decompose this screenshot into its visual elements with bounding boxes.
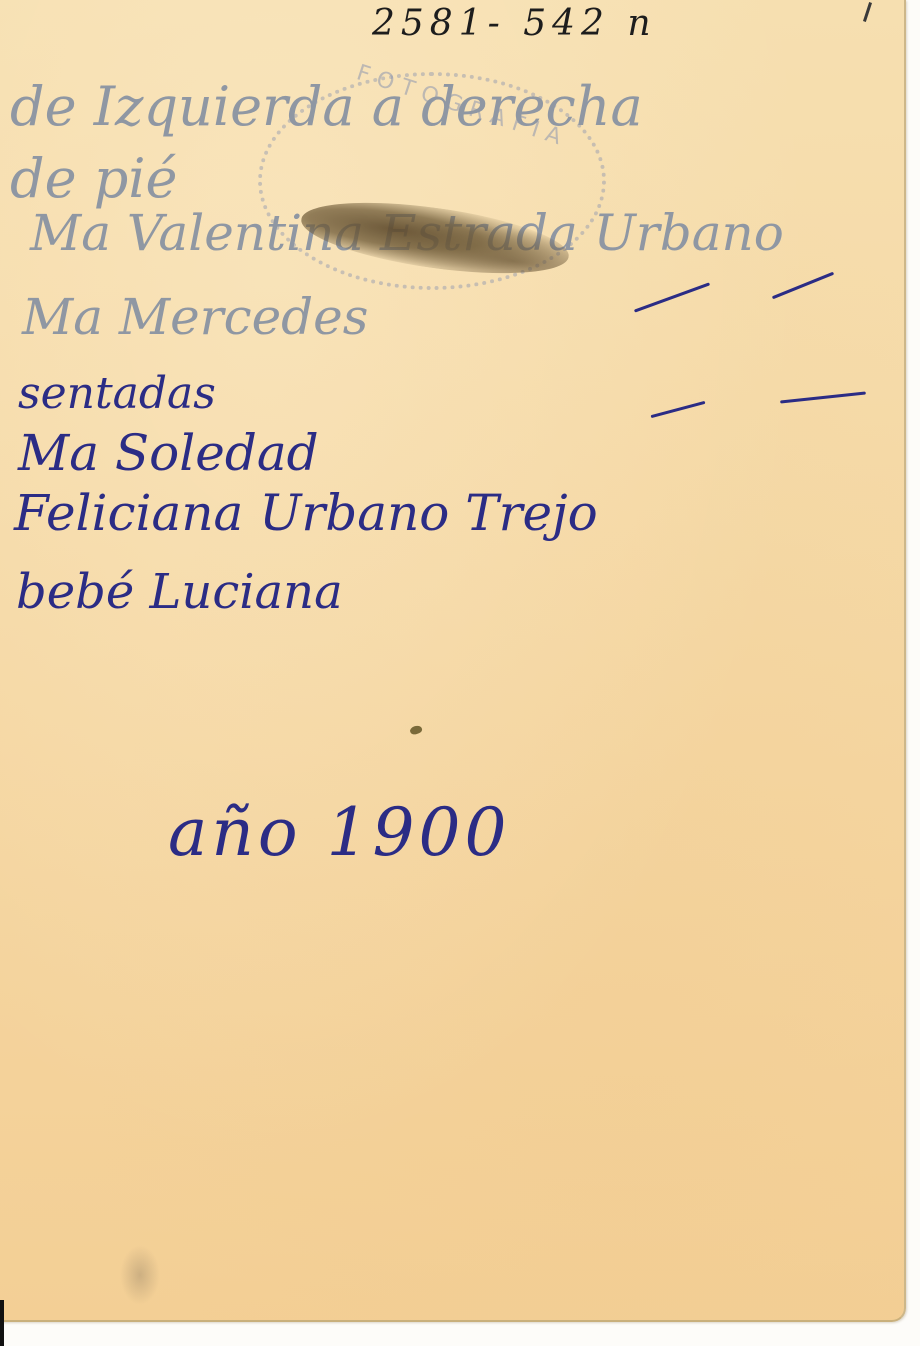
stain-mark <box>409 724 423 736</box>
scanned-document: 2581- 542 n FOTOGRAFIA de Izquierda a de… <box>0 0 920 1346</box>
ink-heading-seated: sentadas <box>18 372 216 416</box>
ink-line-soledad: Ma Soledad <box>18 428 319 478</box>
dash-mark <box>780 392 866 404</box>
pencil-line-mercedes: Ma Mercedes <box>22 292 368 342</box>
pencil-line-standing: de pié <box>10 152 177 206</box>
dash-mark <box>651 401 706 418</box>
pencil-line-direction: de Izquierda a derecha <box>10 80 643 134</box>
check-mark <box>634 282 710 312</box>
photo-card-back: 2581- 542 n FOTOGRAFIA de Izquierda a de… <box>0 0 906 1322</box>
catalog-number: 2581- 542 n <box>372 6 657 42</box>
ink-year: año 1900 <box>168 800 511 866</box>
ink-line-feliciana: Feliciana Urbano Trejo <box>14 488 598 538</box>
dirt-stain <box>120 1245 160 1305</box>
scan-edge <box>0 1300 4 1346</box>
ink-line-luciana: bebé Luciana <box>16 568 343 616</box>
check-mark <box>772 272 834 300</box>
corner-mark <box>863 2 872 22</box>
